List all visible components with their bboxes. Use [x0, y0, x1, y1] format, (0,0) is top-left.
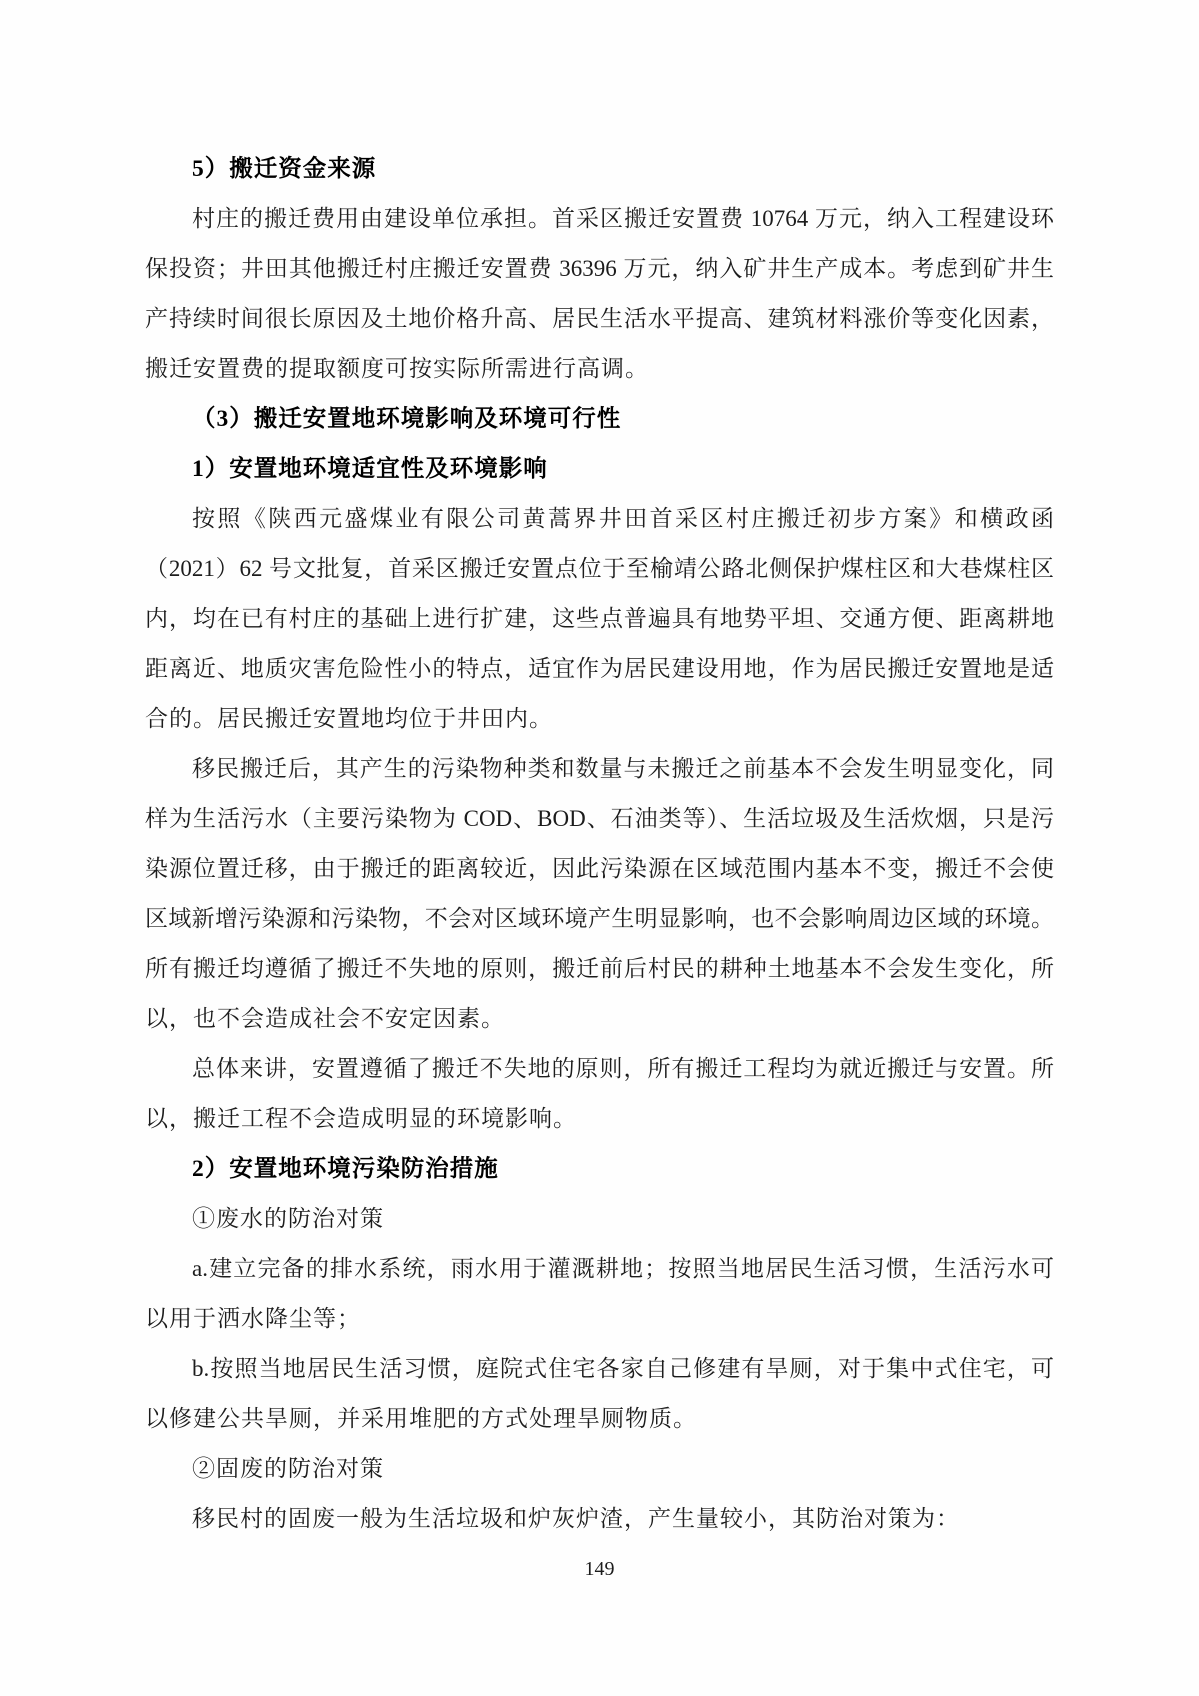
- text-line: 以用于洒水降尘等；: [145, 1294, 1054, 1344]
- section-heading-1-site-suitability: 1）安置地环境适宜性及环境影响: [145, 444, 1054, 494]
- text-line: 样为生活污水（主要污染物为 COD、BOD、石油类等）、生活垃圾及生活炊烟，只是…: [145, 794, 1054, 844]
- text-line: 搬迁安置费的提取额度可按实际所需进行高调。: [145, 344, 1054, 394]
- text-line: 所有搬迁均遵循了搬迁不失地的原则，搬迁前后村民的耕种土地基本不会发生变化，所: [145, 944, 1054, 994]
- paragraph-overall-conclusion: 总体来讲，安置遵循了搬迁不失地的原则，所有搬迁工程均为就近搬迁与安置。所以，搬迁…: [145, 1044, 1054, 1144]
- text-line: 以修建公共旱厕，并采用堆肥的方式处理旱厕物质。: [145, 1394, 1054, 1444]
- page-body: 5）搬迁资金来源村庄的搬迁费用由建设单位承担。首采区搬迁安置费 10764 万元…: [145, 144, 1054, 1544]
- text-line: （2021）62 号文批复，首采区搬迁安置点位于至榆靖公路北侧保护煤柱区和大巷煤…: [145, 544, 1054, 594]
- text-line: 距离近、地质灾害危险性小的特点，适宜作为居民建设用地，作为居民搬迁安置地是适: [145, 644, 1054, 694]
- heading-line: 5）搬迁资金来源: [145, 144, 1054, 194]
- text-line: 以，也不会造成社会不安定因素。: [145, 994, 1054, 1044]
- text-line: 以，搬迁工程不会造成明显的环境影响。: [145, 1094, 1054, 1144]
- text-line: a.建立完备的排水系统，雨水用于灌溉耕地；按照当地居民生活习惯，生活污水可: [145, 1244, 1054, 1294]
- paragraph-site-suitability: 按照《陕西元盛煤业有限公司黄蒿界井田首采区村庄搬迁初步方案》和横政函（2021）…: [145, 494, 1054, 744]
- text-line: ①废水的防治对策: [145, 1194, 1054, 1244]
- text-line: 染源位置迁移，由于搬迁的距离较近，因此污染源在区域范围内基本不变，搬迁不会使: [145, 844, 1054, 894]
- subheading-solid-waste-countermeasures: ②固废的防治对策: [145, 1444, 1054, 1494]
- text-line: 区域新增污染源和污染物，不会对区域环境产生明显影响，也不会影响周边区域的环境。: [145, 894, 1054, 944]
- section-heading-2-pollution-control-measures: 2）安置地环境污染防治措施: [145, 1144, 1054, 1194]
- text-line: 移民搬迁后，其产生的污染物种类和数量与未搬迁之前基本不会发生明显变化，同: [145, 744, 1054, 794]
- subheading-wastewater-countermeasures: ①废水的防治对策: [145, 1194, 1054, 1244]
- document-page: 5）搬迁资金来源村庄的搬迁费用由建设单位承担。首采区搬迁安置费 10764 万元…: [0, 0, 1199, 1696]
- text-line: 移民村的固废一般为生活垃圾和炉灰炉渣，产生量较小，其防治对策为：: [145, 1494, 1054, 1544]
- section-heading-5-relocation-funds: 5）搬迁资金来源: [145, 144, 1054, 194]
- text-line: 合的。居民搬迁安置地均位于井田内。: [145, 694, 1054, 744]
- text-line: 内，均在已有村庄的基础上进行扩建，这些点普遍具有地势平坦、交通方便、距离耕地: [145, 594, 1054, 644]
- page-number: 149: [0, 1556, 1199, 1582]
- text-line: b.按照当地居民生活习惯，庭院式住宅各家自己修建有旱厕，对于集中式住宅，可: [145, 1344, 1054, 1394]
- paragraph-relocation-cost: 村庄的搬迁费用由建设单位承担。首采区搬迁安置费 10764 万元，纳入工程建设环…: [145, 194, 1054, 394]
- heading-line: （3）搬迁安置地环境影响及环境可行性: [145, 394, 1054, 444]
- paragraph-pollution-after-relocation: 移民搬迁后，其产生的污染物种类和数量与未搬迁之前基本不会发生明显变化，同样为生活…: [145, 744, 1054, 1044]
- paragraph-solid-waste-intro: 移民村的固废一般为生活垃圾和炉灰炉渣，产生量较小，其防治对策为：: [145, 1494, 1054, 1544]
- text-line: 总体来讲，安置遵循了搬迁不失地的原则，所有搬迁工程均为就近搬迁与安置。所: [145, 1044, 1054, 1094]
- paragraph-item-a-drainage: a.建立完备的排水系统，雨水用于灌溉耕地；按照当地居民生活习惯，生活污水可以用于…: [145, 1244, 1054, 1344]
- text-line: 按照《陕西元盛煤业有限公司黄蒿界井田首采区村庄搬迁初步方案》和横政函: [145, 494, 1054, 544]
- section-heading-3-resettlement-env-impact: （3）搬迁安置地环境影响及环境可行性: [145, 394, 1054, 444]
- text-line: ②固废的防治对策: [145, 1444, 1054, 1494]
- heading-line: 1）安置地环境适宜性及环境影响: [145, 444, 1054, 494]
- paragraph-item-b-latrines: b.按照当地居民生活习惯，庭院式住宅各家自己修建有旱厕，对于集中式住宅，可以修建…: [145, 1344, 1054, 1444]
- text-line: 村庄的搬迁费用由建设单位承担。首采区搬迁安置费 10764 万元，纳入工程建设环: [145, 194, 1054, 244]
- text-line: 保投资；井田其他搬迁村庄搬迁安置费 36396 万元，纳入矿井生产成本。考虑到矿…: [145, 244, 1054, 294]
- heading-line: 2）安置地环境污染防治措施: [145, 1144, 1054, 1194]
- text-line: 产持续时间很长原因及土地价格升高、居民生活水平提高、建筑材料涨价等变化因素，: [145, 294, 1054, 344]
